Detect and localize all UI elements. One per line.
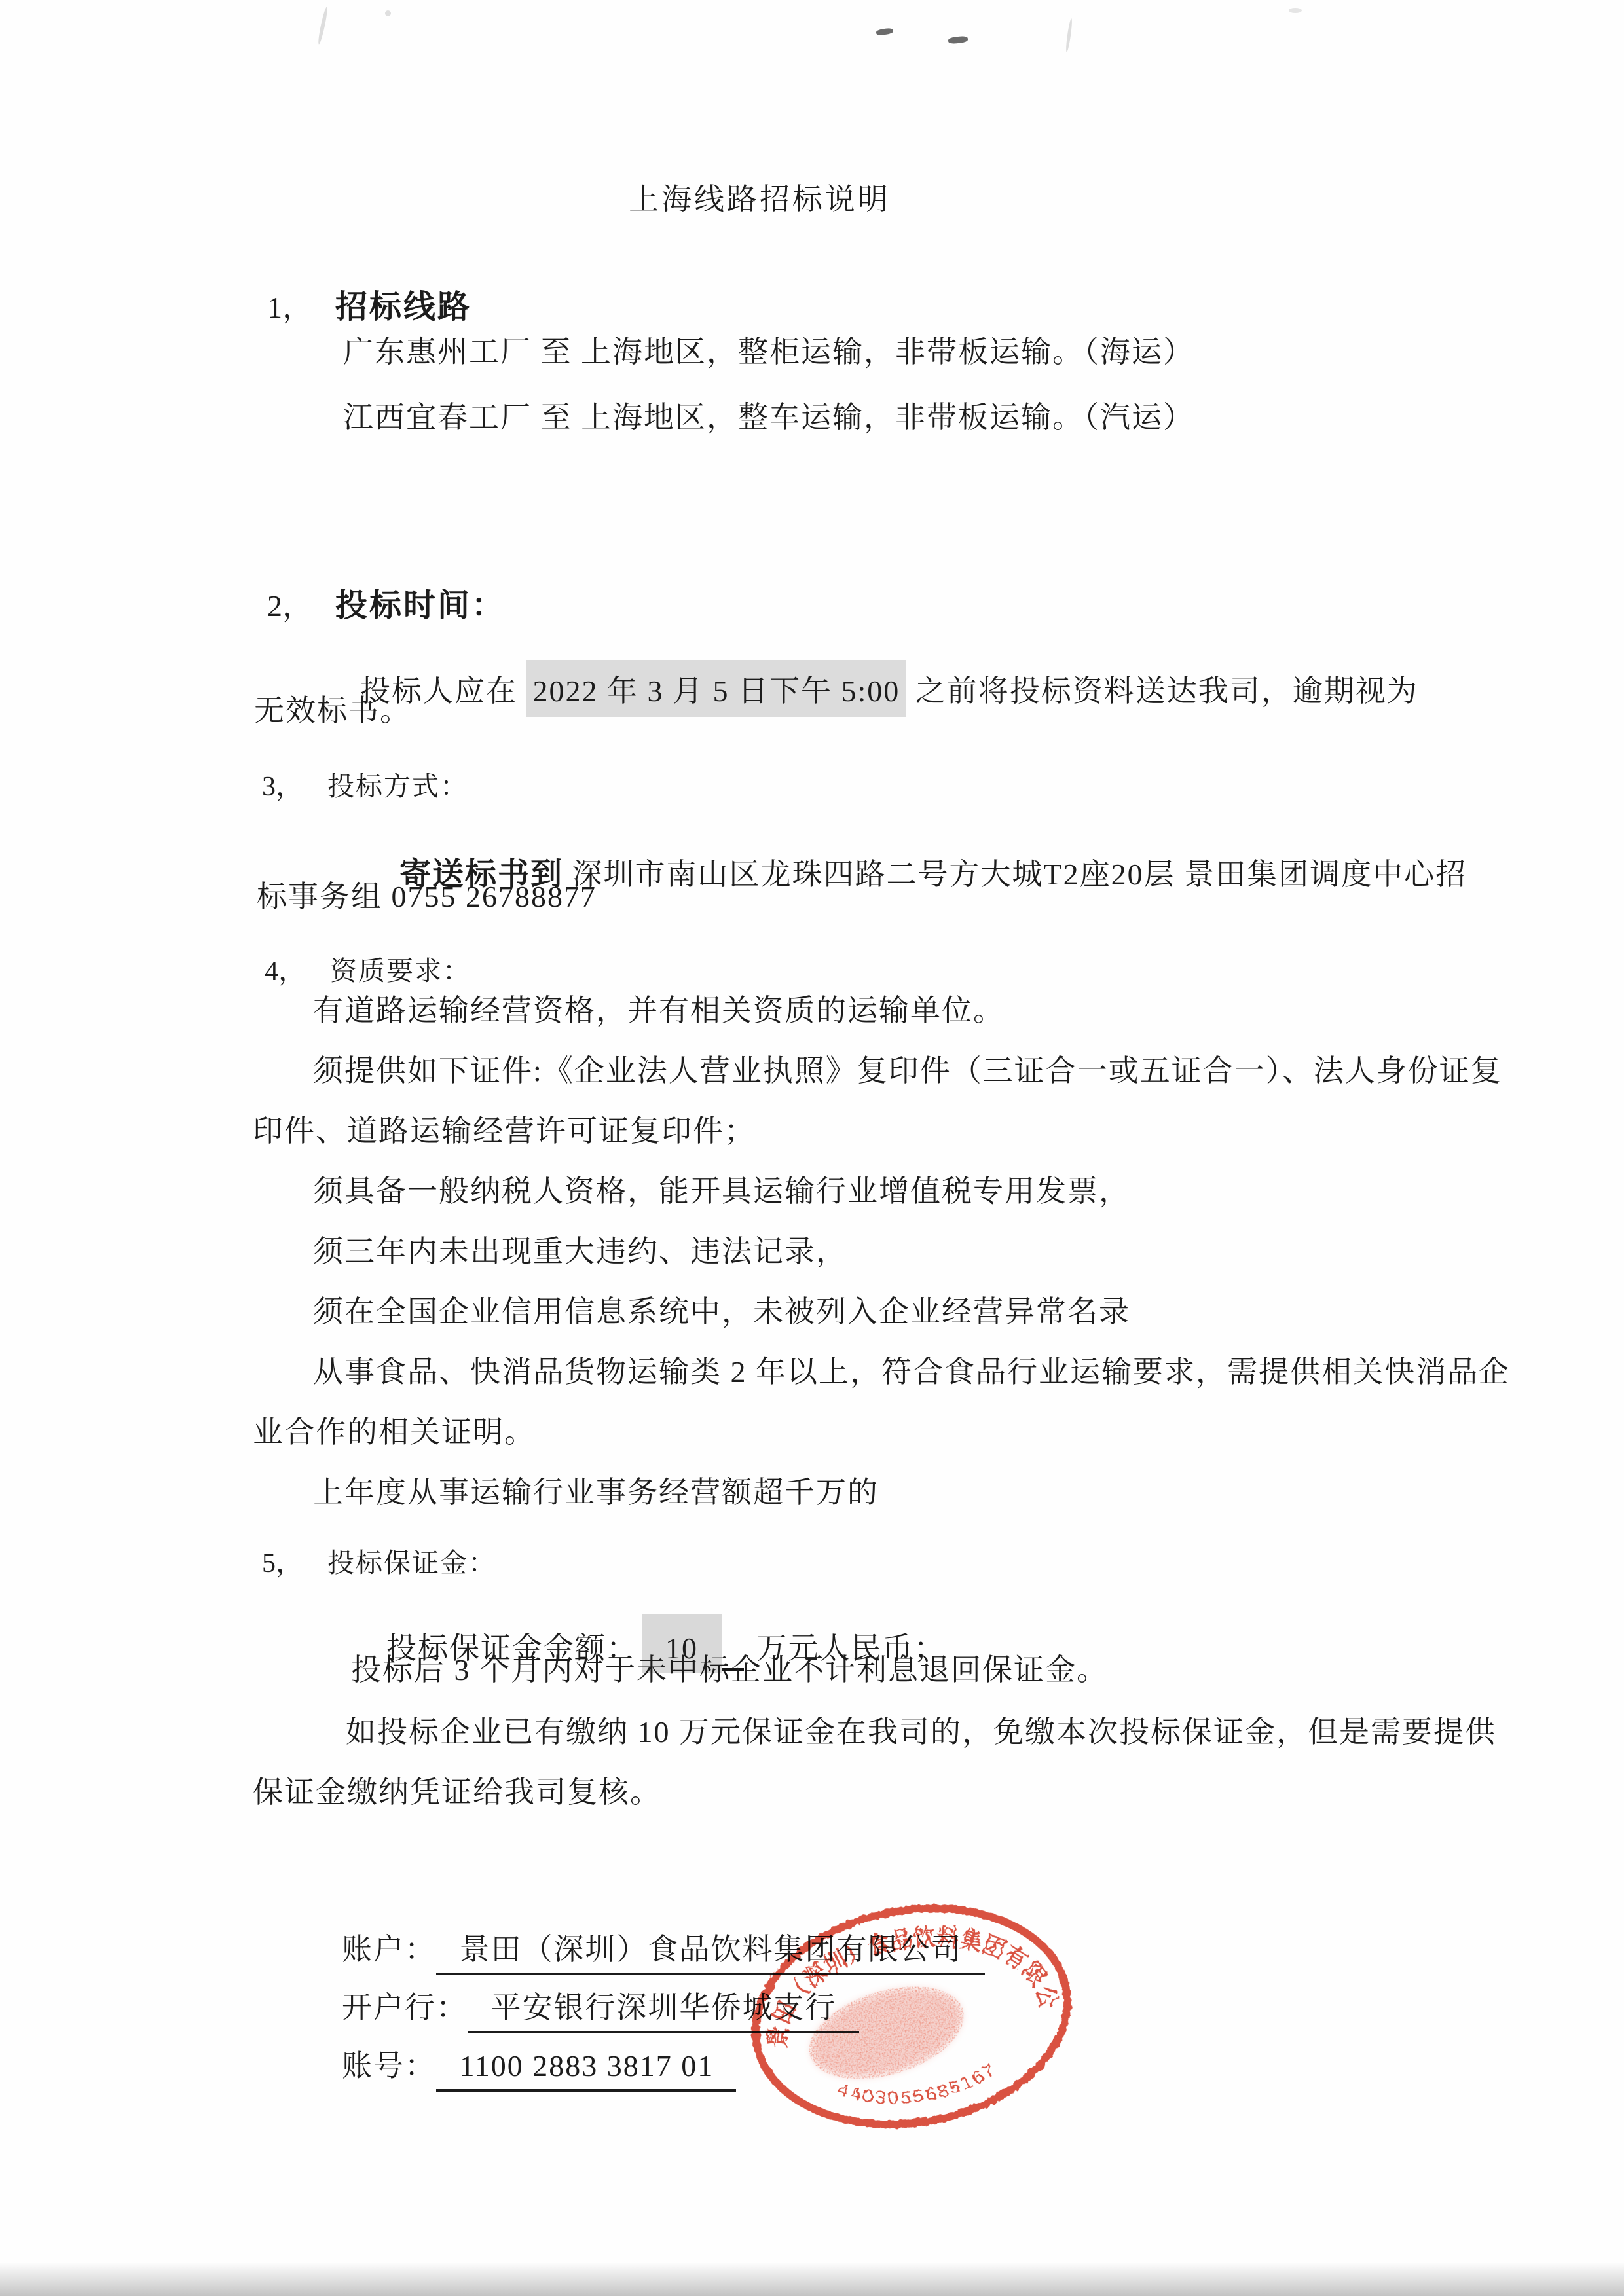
- section3-heading-row: 3，投标方式：: [251, 753, 468, 816]
- section2-number: 2，: [267, 582, 335, 625]
- route-line-1: 广东惠州工厂 至 上海地区，整柜运输，非带板运输。（海运）: [343, 333, 1194, 372]
- qualification-line: 须具备一般纳税人资格，能开具运输行业增值税专用发票，: [313, 1172, 1130, 1211]
- section2-heading: 投标时间：: [335, 587, 506, 623]
- qualification-line: 印件、道路运输经营许可证复印件；: [253, 1112, 756, 1151]
- page-title: 上海线路招标说明: [0, 175, 1519, 219]
- deposit-exemption-line1: 如投标企业已有缴纳 10 万元保证金在我司的，免缴本次投标保证金，但是需要提供: [346, 1713, 1496, 1752]
- scan-speck: [317, 7, 329, 45]
- section2-heading-row: 2，投标时间：: [257, 568, 506, 638]
- section4-number: 4，: [265, 949, 330, 989]
- bid-time-paragraph-line2: 无效标书。: [254, 691, 411, 731]
- section5-heading-row: 5，投标保证金：: [251, 1529, 496, 1592]
- qualification-line: 须三年内未出现重大违约、违法记录，: [313, 1232, 847, 1271]
- deposit-amount-line: 投标保证金金额：10 万元人民币；: [351, 1590, 946, 1710]
- qualification-line: 上年度从事运输行业事务经营额超千万的: [313, 1473, 879, 1512]
- delivery-address-text: 深圳市南山区龙珠四路二号方大城T2座20层 景田集团调度中心招: [563, 858, 1467, 891]
- section5-number: 5，: [262, 1541, 327, 1580]
- scan-edge-shadow: [0, 2262, 1624, 2296]
- route-line-2: 江西宜春工厂 至 上海地区，整车运输，非带板运输。（汽运）: [343, 398, 1194, 437]
- qualification-line: 须提供如下证件:《企业法人营业执照》复印件（三证合一或五证合一）、法人身份证复: [313, 1051, 1502, 1091]
- scan-speck: [385, 10, 391, 16]
- bid-time-paragraph-line1: 投标人应在 2022 年 3 月 5 日下午 5:00 之前将投标资料送达我司，…: [325, 632, 1418, 750]
- qualification-line: 有道路运输经营资格，并有相关资质的运输单位。: [313, 991, 1005, 1030]
- scan-speck: [876, 27, 894, 36]
- bid-time-text-post: 之前将投标资料送达我司，逾期视为: [906, 674, 1418, 708]
- deposit-refund-line: 投标后 3 个月内对于未中标企业不计利息退回保证金。: [351, 1650, 1108, 1690]
- scan-speck: [1065, 18, 1073, 52]
- bid-deadline-highlight: 2022 年 3 月 5 日下午 5:00: [526, 660, 907, 717]
- account-number-label: 账号：: [342, 2042, 436, 2085]
- delivery-address-line2: 标事务组 0755 26788877: [257, 877, 597, 917]
- scan-speck: [1289, 8, 1302, 13]
- section3-number: 3，: [262, 765, 327, 804]
- scanned-tender-document-page: 上海线路招标说明 1，招标线路 广东惠州工厂 至 上海地区，整柜运输，非带板运输…: [0, 0, 1624, 2296]
- section4-heading: 资质要求：: [330, 956, 471, 986]
- account-number-row: 账号： 1100 2883 3817 01: [306, 2007, 736, 2120]
- section5-heading: 投标保证金：: [327, 1548, 496, 1578]
- account-number-value: 1100 2883 3817 01: [436, 2049, 736, 2092]
- deposit-exemption-line2: 保证金缴纳凭证给我司复核。: [253, 1773, 661, 1812]
- section3-heading: 投标方式：: [327, 771, 468, 801]
- section1-heading-row: 1，招标线路: [257, 270, 471, 339]
- section1-number: 1，: [267, 283, 335, 327]
- qualification-line: 须在全国企业信用信息系统中，未被列入企业经营异常名录: [313, 1292, 1130, 1332]
- qualification-line: 业合作的相关证明。: [253, 1413, 536, 1452]
- qualification-line: 从事食品、快消品货物运输类 2 年以上，符合食品行业运输要求，需提供相关快消品企: [313, 1353, 1510, 1392]
- scan-speck: [948, 35, 969, 44]
- section1-heading: 招标线路: [335, 289, 471, 325]
